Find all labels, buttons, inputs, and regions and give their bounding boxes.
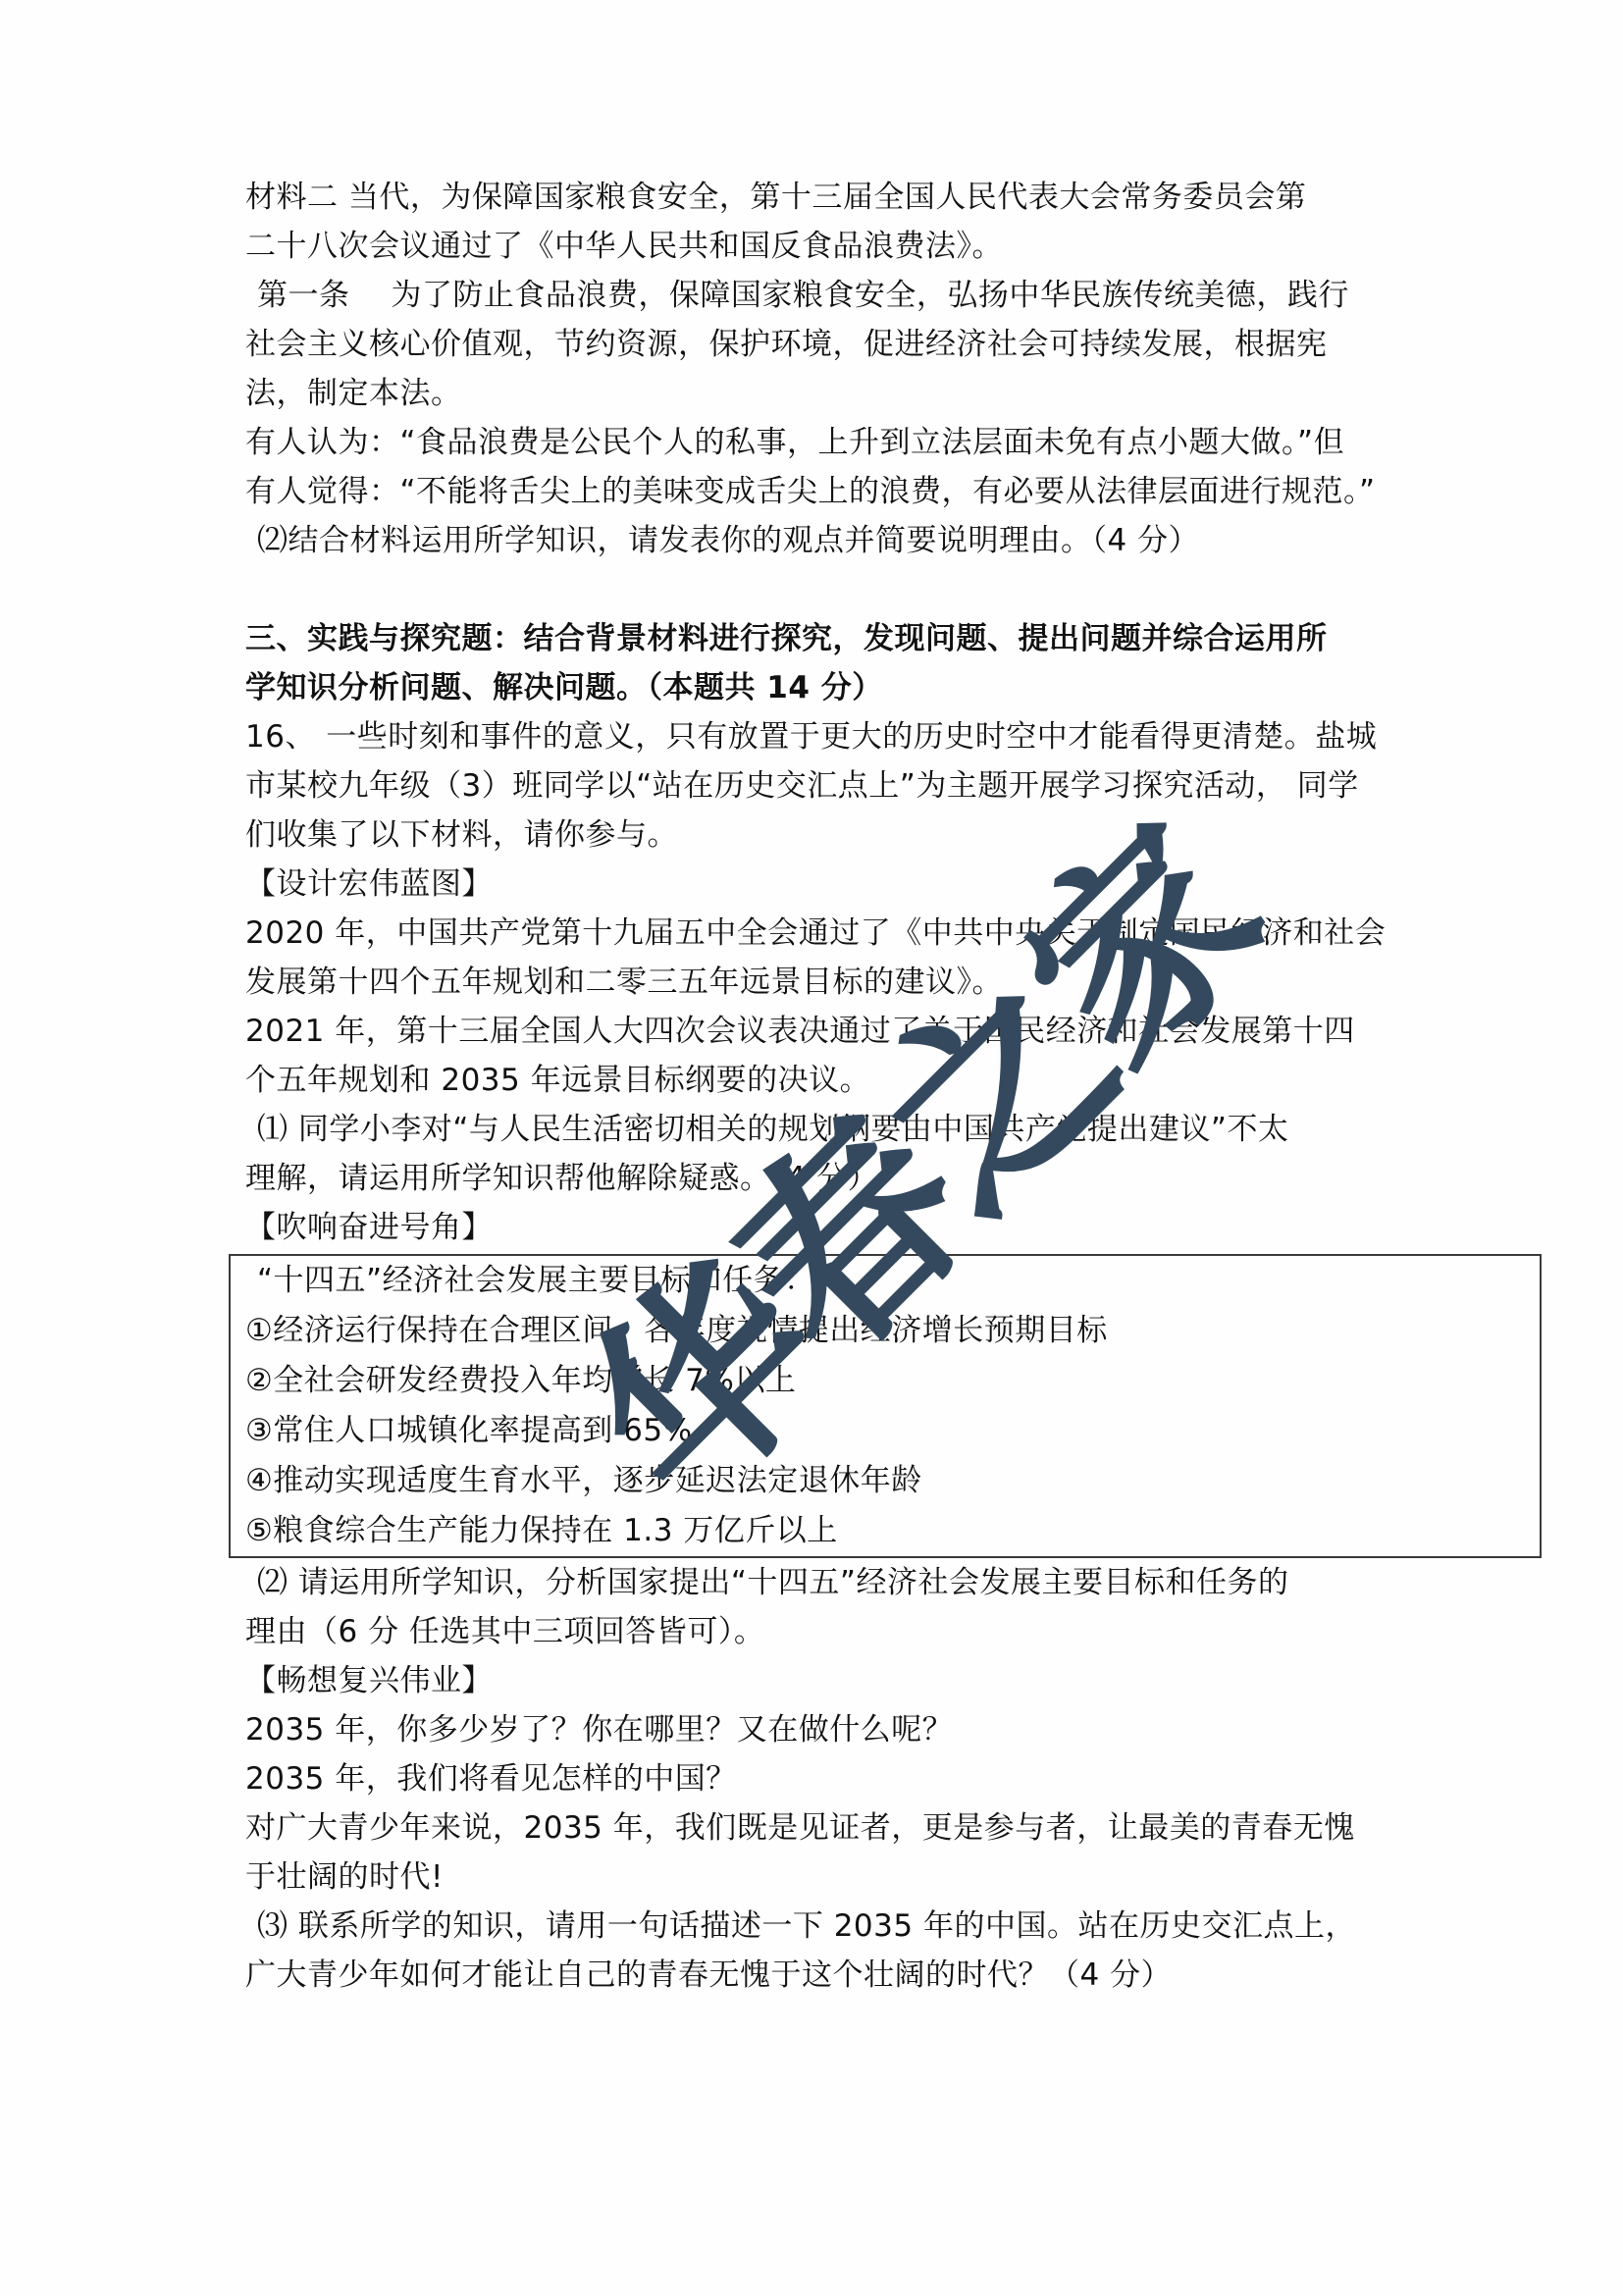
part2-question-line-1: ⑵ 请运用所学知识，分析国家提出“十四五”经济社会发展主要目标和任务的 [245, 1558, 1452, 1607]
question-2: ⑵结合材料运用所学知识，请发表你的观点并简要说明理由。（4 分） [245, 516, 1452, 565]
article-one-line-1: 第一条 为了防止食品浪费，保障国家粮食安全，弘扬中华民族传统美德，践行 [245, 271, 1452, 320]
part1-line-4: 个五年规划和 2035 年远景目标纲要的决议。 [245, 1056, 1452, 1105]
material-two-line-1: 材料二 当代，为保障国家粮食安全，第十三届全国人民代表大会常务委员会第 [245, 173, 1452, 222]
opinion-line-1: 有人认为：“食品浪费是公民个人的私事，上升到立法层面未免有点小题大做。”但 [245, 418, 1452, 467]
part3-question-line-1: ⑶ 联系所学的知识，请用一句话描述一下 2035 年的中国。站在历史交汇点上， [245, 1902, 1452, 1951]
part2-question-line-2: 理由（6 分 任选其中三项回答皆可）。 [245, 1607, 1452, 1656]
part1-line-3: 2021 年，第十三届全国人大四次会议表决通过了关于国民经济和社会发展第十四 [245, 1007, 1452, 1056]
part3-line-2: 2035 年，我们将看见怎样的中国？ [245, 1754, 1452, 1803]
part3-line-4: 于壮阔的时代! [245, 1852, 1452, 1902]
part1-title: 【设计宏伟蓝图】 [245, 860, 1452, 909]
part3-line-3: 对广大青少年来说，2035 年，我们既是见证者，更是参与者，让最美的青春无愧 [245, 1803, 1452, 1852]
spacer [245, 565, 1452, 614]
part1-question-line-2: 理解，请运用所学知识帮他解除疑惑。（4 分） [245, 1154, 1452, 1203]
part3-question-line-2: 广大青少年如何才能让自己的青春无愧于这个壮阔的时代？（4 分） [245, 1951, 1452, 2000]
part2-title: 【吹响奋进号角】 [245, 1203, 1452, 1252]
section-three: 三、实践与探究题：结合背景材料进行探究，发现问题、提出问题并综合运用所 学知识分… [245, 614, 1452, 2000]
q16-intro-line-3: 们收集了以下材料，请你参与。 [245, 810, 1452, 860]
part1-line-2: 发展第十四个五年规划和二零三五年远景目标的建议》。 [245, 958, 1452, 1007]
part1-line-1: 2020 年，中国共产党第十九届五中全会通过了《中共中央关于制定国民经济和社会 [245, 909, 1452, 958]
page-content: 材料二 当代，为保障国家粮食安全，第十三届全国人民代表大会常务委员会第 二十八次… [245, 173, 1452, 2000]
article-one-line-3: 法，制定本法。 [245, 369, 1452, 418]
goals-box: “十四五”经济社会发展主要目标和任务： ①经济运行保持在合理区间，各年度视情提出… [229, 1254, 1542, 1558]
part3-title: 【畅想复兴伟业】 [245, 1656, 1452, 1705]
goals-item-3: ③常住人口城镇化率提高到 65% [245, 1406, 1540, 1456]
section-heading-line-2: 学知识分析问题、解决问题。（本题共 14 分） [245, 663, 1452, 712]
opinion-line-2: 有人觉得：“不能将舌尖上的美味变成舌尖上的浪费，有必要从法律层面进行规范。” [245, 467, 1452, 516]
goals-item-5: ⑤粮食综合生产能力保持在 1.3 万亿斤以上 [245, 1506, 1540, 1556]
goals-item-4: ④推动实现适度生育水平，逐步延迟法定退休年龄 [245, 1456, 1540, 1506]
section-heading-line-1: 三、实践与探究题：结合背景材料进行探究，发现问题、提出问题并综合运用所 [245, 614, 1452, 663]
goals-box-heading: “十四五”经济社会发展主要目标和任务： [245, 1256, 1540, 1306]
exam-page: 材料二 当代，为保障国家粮食安全，第十三届全国人民代表大会常务委员会第 二十八次… [0, 0, 1623, 2296]
part1-question-line-1: ⑴ 同学小李对“与人民生活密切相关的规划纲要由中国共产党提出建议”不太 [245, 1105, 1452, 1154]
goals-item-1: ①经济运行保持在合理区间，各年度视情提出经济增长预期目标 [245, 1306, 1540, 1356]
article-one-line-2: 社会主义核心价值观，节约资源，保护环境，促进经济社会可持续发展，根据宪 [245, 320, 1452, 369]
goals-item-2: ②全社会研发经费投入年均增长 7%以上 [245, 1356, 1540, 1406]
material-two-line-2: 二十八次会议通过了《中华人民共和国反食品浪费法》。 [245, 222, 1452, 271]
material-two: 材料二 当代，为保障国家粮食安全，第十三届全国人民代表大会常务委员会第 二十八次… [245, 173, 1452, 565]
q16-intro-line-2: 市某校九年级（3）班同学以“站在历史交汇点上”为主题开展学习探究活动， 同学 [245, 761, 1452, 810]
q16-intro-line-1: 16、 一些时刻和事件的意义，只有放置于更大的历史时空中才能看得更清楚。盐城 [245, 712, 1452, 761]
part3-line-1: 2035 年，你多少岁了？你在哪里？又在做什么呢？ [245, 1705, 1452, 1754]
